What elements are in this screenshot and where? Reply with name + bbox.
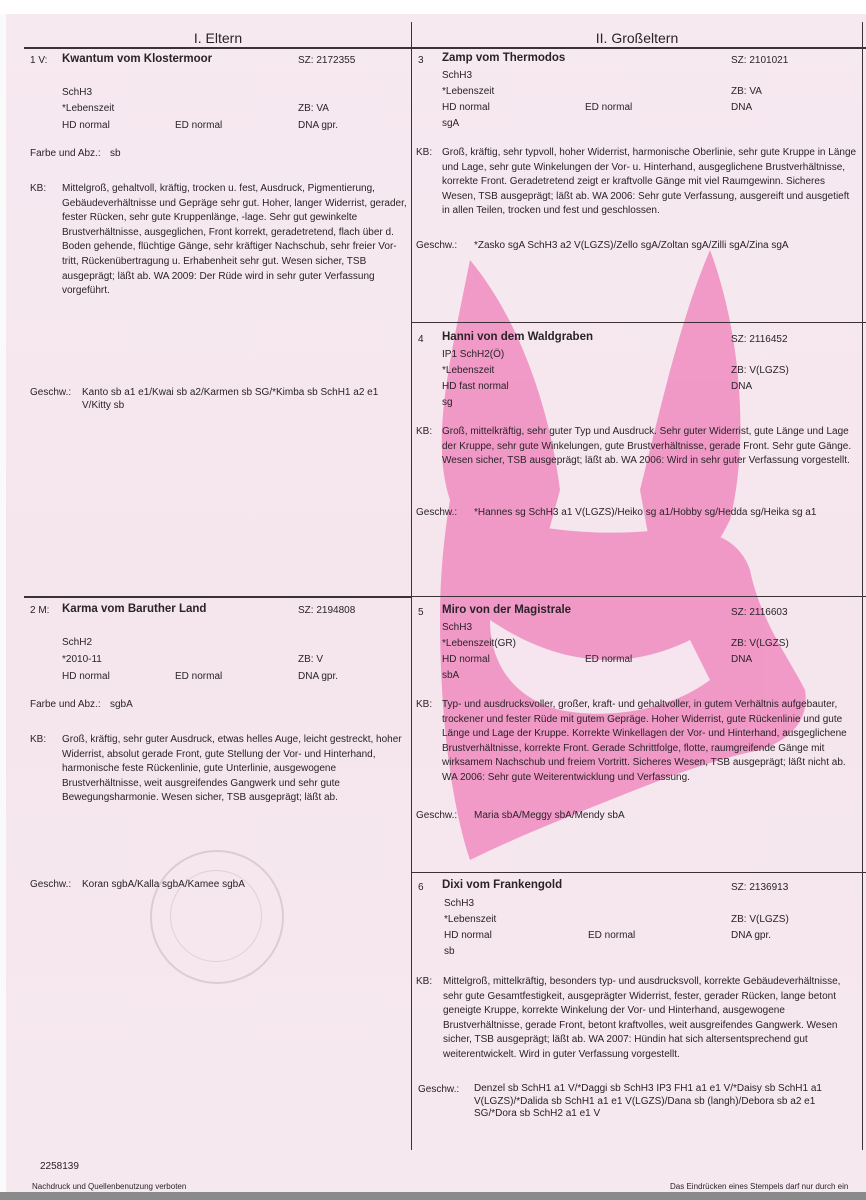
birth: *Lebenszeit (442, 364, 494, 378)
farbe-value: sbA (442, 669, 459, 683)
parents-divider (24, 596, 412, 598)
geschw-label: Geschw.: (416, 506, 457, 520)
hd-result: HD normal (62, 119, 110, 133)
birth: *Lebenszeit(GR) (442, 637, 516, 651)
entry-index: 4 (418, 333, 424, 347)
hd-result: HD normal (442, 653, 490, 667)
farbe-label: Farbe und Abz.: (30, 698, 101, 712)
dog-name: Hanni von dem Waldgraben (442, 331, 593, 343)
kb-label: KB: (30, 733, 46, 747)
sz-number: SZ: 2116452 (731, 333, 788, 347)
dna-status: DNA gpr. (731, 929, 771, 943)
grandparents-header: II. Großeltern (412, 30, 862, 46)
parents-header: I. Eltern (24, 30, 412, 46)
zb-rating: ZB: V(LGZS) (731, 637, 789, 651)
grandparents-divider-2 (411, 596, 866, 597)
kb-label: KB: (416, 146, 432, 160)
dna-status: DNA gpr. (298, 119, 338, 133)
ed-result: ED normal (585, 101, 632, 115)
title: SchH3 (442, 621, 472, 635)
grandparents-divider-1 (411, 322, 866, 323)
ed-result: ED normal (588, 929, 635, 943)
farbe-label: Farbe und Abz.: (30, 147, 101, 161)
zb-rating: ZB: V(LGZS) (731, 364, 789, 378)
entry-index: 1 V: (30, 54, 47, 68)
geschw-label: Geschw.: (30, 878, 71, 892)
geschw-label: Geschw.: (418, 1083, 459, 1097)
right-border (862, 22, 863, 1150)
birth: *Lebenszeit (442, 85, 494, 99)
title: IP1 SchH2(Ö) (442, 348, 504, 362)
title: SchH2 (62, 636, 92, 650)
geschw-label: Geschw.: (416, 809, 457, 823)
sz-number: SZ: 2136913 (731, 881, 788, 895)
column-divider (411, 22, 412, 1150)
farbe-value: sb (444, 945, 455, 959)
kb-label: KB: (416, 698, 432, 712)
title: SchH3 (62, 86, 92, 100)
entry-index: 2 M: (30, 604, 49, 618)
ed-result: ED normal (175, 119, 222, 133)
sz-number: SZ: 2101021 (731, 54, 788, 68)
geschw-text: *Hannes sg SchH3 a1 V(LGZS)/Heiko sg a1/… (474, 506, 816, 520)
entry-index: 6 (418, 881, 424, 895)
hd-result: HD normal (62, 670, 110, 684)
ed-result: ED normal (585, 653, 632, 667)
kb-text: Groß, kräftig, sehr guter Ausdruck, etwa… (62, 733, 407, 806)
zb-rating: ZB: VA (298, 102, 329, 116)
geschw-text: Denzel sb SchH1 a1 V/*Daggi sb SchH3 IP3… (474, 1083, 854, 1121)
title: SchH3 (442, 69, 472, 83)
embossed-seal (150, 850, 284, 984)
hd-result: HD fast normal (442, 380, 509, 394)
kb-label: KB: (416, 425, 432, 439)
dog-name: Karma vom Baruther Land (62, 603, 206, 615)
dna-status: DNA (731, 653, 752, 667)
kb-label: KB: (416, 975, 432, 989)
ed-result: ED normal (175, 670, 222, 684)
kb-text: Mittelgroß, gehaltvoll, kräftig, trocken… (62, 182, 407, 299)
kb-text: Typ- und ausdrucksvoller, großer, kraft-… (442, 698, 857, 786)
birth: *2010-11 (62, 653, 102, 667)
grandparents-divider-3 (411, 872, 866, 873)
title: SchH3 (444, 897, 474, 911)
dog-name: Kwantum vom Klostermoor (62, 53, 212, 65)
farbe-value: sgA (442, 117, 459, 131)
geschw-text: Maria sbA/Meggy sbA/Mendy sbA (474, 809, 625, 823)
header-rule (24, 47, 866, 49)
scan-bottom-edge (0, 1192, 866, 1200)
scan-top-edge (0, 0, 866, 14)
dna-status: DNA (731, 101, 752, 115)
sz-number: SZ: 2116603 (731, 606, 788, 620)
birth: *Lebenszeit (62, 102, 114, 116)
farbe-value: sg (442, 396, 453, 410)
birth: *Lebenszeit (444, 913, 496, 927)
kb-label: KB: (30, 182, 46, 196)
dog-name: Zamp vom Thermodos (442, 52, 565, 64)
dog-name: Miro von der Magistrale (442, 604, 571, 616)
geschw-label: Geschw.: (416, 239, 457, 253)
farbe-value: sgbA (110, 698, 133, 712)
dog-name: Dixi vom Frankengold (442, 879, 562, 891)
hd-result: HD normal (444, 929, 492, 943)
entry-index: 5 (418, 606, 424, 620)
geschw-text: Koran sgbA/Kalla sgbA/Kamee sgbA (82, 878, 402, 893)
hd-result: HD normal (442, 101, 490, 115)
dna-status: DNA gpr. (298, 670, 338, 684)
kb-text: Groß, kräftig, sehr typvoll, hoher Wider… (442, 146, 857, 219)
sz-number: SZ: 2172355 (298, 54, 355, 68)
entry-index: 3 (418, 54, 424, 68)
dna-status: DNA (731, 380, 752, 394)
sz-number: SZ: 2194808 (298, 604, 355, 618)
kb-text: Groß, mittelkräftig, sehr guter Typ und … (442, 425, 857, 469)
zb-rating: ZB: VA (731, 85, 762, 99)
zb-rating: ZB: V (298, 653, 323, 667)
geschw-label: Geschw.: (30, 386, 71, 400)
stamp-note: Das Eindrücken eines Stempels darf nur d… (670, 1182, 848, 1191)
copyright-note: Nachdruck und Quellenbenutzung verboten (32, 1182, 186, 1191)
farbe-value: sb (110, 147, 121, 161)
zb-rating: ZB: V(LGZS) (731, 913, 789, 927)
geschw-text: *Zasko sgA SchH3 a2 V(LGZS)/Zello sgA/Zo… (474, 239, 789, 253)
geschw-text: Kanto sb a1 e1/Kwai sb a2/Karmen sb SG/*… (82, 386, 402, 412)
document-number: 2258139 (40, 1160, 79, 1174)
kb-text: Mittelgroß, mittelkräftig, besonders typ… (443, 975, 858, 1063)
